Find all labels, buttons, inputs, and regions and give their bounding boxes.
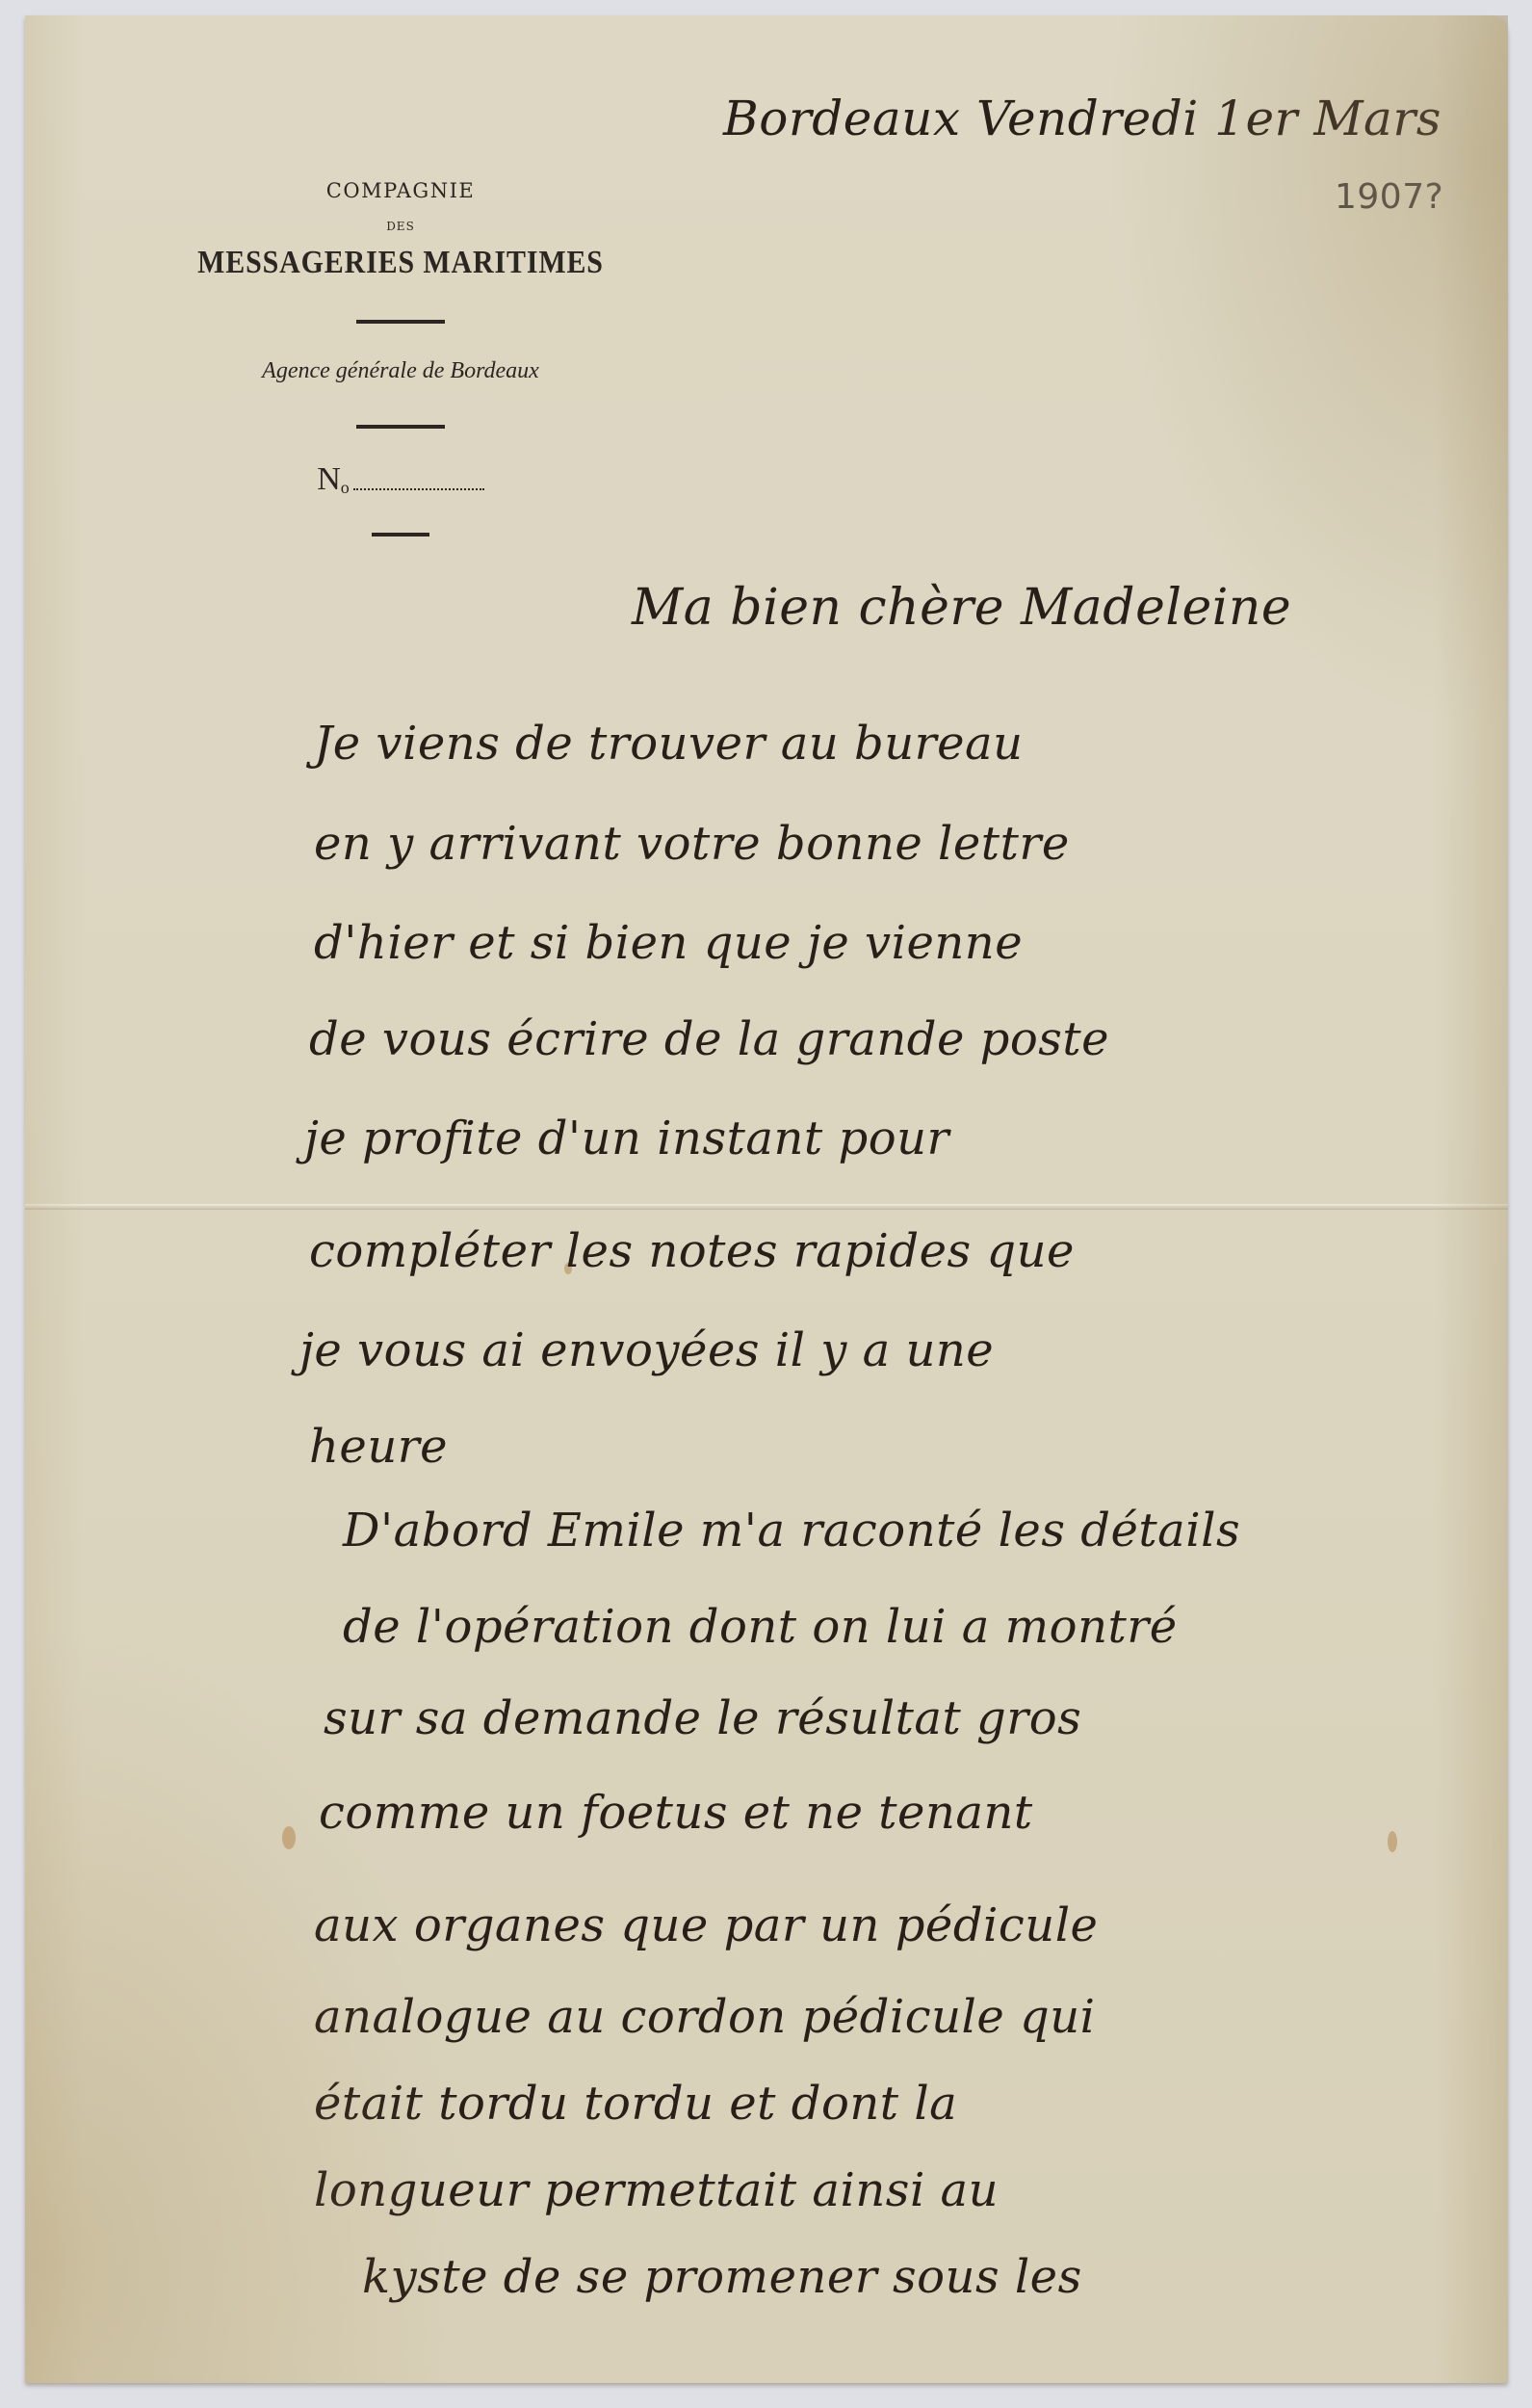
foxing-spot (282, 1826, 296, 1849)
letter-line-text: en y arrivant votre bonne lettre (314, 817, 1070, 871)
letterhead-company-name: MESSAGERIES MARITIMES (164, 245, 638, 281)
letter-line-text: je profite d'un instant pour (304, 1112, 949, 1165)
letter-line-text: compléter les notes rapides que (309, 1224, 1075, 1278)
letter-line-text: Je viens de trouver au bureau (314, 717, 1024, 771)
letter-line-text: longueur permettait ainsi au (314, 2163, 999, 2217)
date-line: Bordeaux Vendredi 1er Mars (723, 91, 1441, 146)
letterhead-number-field: No (131, 461, 670, 498)
number-label: N (317, 461, 341, 498)
letter-line-text: heure (309, 1420, 448, 1474)
letter-sheet: COMPAGNIE DES MESSAGERIES MARITIMES Agen… (25, 15, 1508, 2383)
letterhead-company-label: COMPAGNIE (131, 179, 670, 202)
letter-line-text: je vous ai envoyées il y a une (299, 1323, 994, 1377)
letterhead-agency: Agence générale de Bordeaux (131, 358, 670, 384)
letter-line-text: d'hier et si bien que je vienne (314, 916, 1023, 970)
number-sup: o (341, 478, 350, 498)
pencil-year-annotation: 1907? (1335, 177, 1443, 217)
foxing-spot (1388, 1831, 1397, 1852)
letter-line-text: aux organes que par un pédicule (314, 1898, 1098, 1952)
letter-line-text: D'abord Emile m'a raconté les détails (343, 1504, 1240, 1557)
letter-line-text: analogue au cordon pédicule qui (314, 1990, 1096, 2044)
letter-line-text: de vous écrire de la grande poste (309, 1012, 1109, 1066)
letterhead-rule (356, 320, 445, 324)
letter-line-text: était tordu tordu et dont la (314, 2077, 957, 2131)
letter-line-text: sur sa demande le résultat gros (324, 1691, 1081, 1745)
salutation: Ma bien chère Madeleine (632, 579, 1291, 637)
letter-line-text: kyste de se promener sous les (362, 2250, 1082, 2304)
paper-fold-crease (25, 1204, 1508, 1210)
letterhead: COMPAGNIE DES MESSAGERIES MARITIMES Agen… (131, 179, 670, 537)
number-dotted-line (353, 487, 484, 490)
letterhead-rule (372, 533, 429, 537)
letterhead-des-label: DES (131, 220, 670, 233)
letter-line-text: comme un foetus et ne tenant (319, 1786, 1033, 1840)
letter-line-text: de l'opération dont on lui a montré (343, 1600, 1178, 1654)
letterhead-rule (356, 425, 445, 429)
